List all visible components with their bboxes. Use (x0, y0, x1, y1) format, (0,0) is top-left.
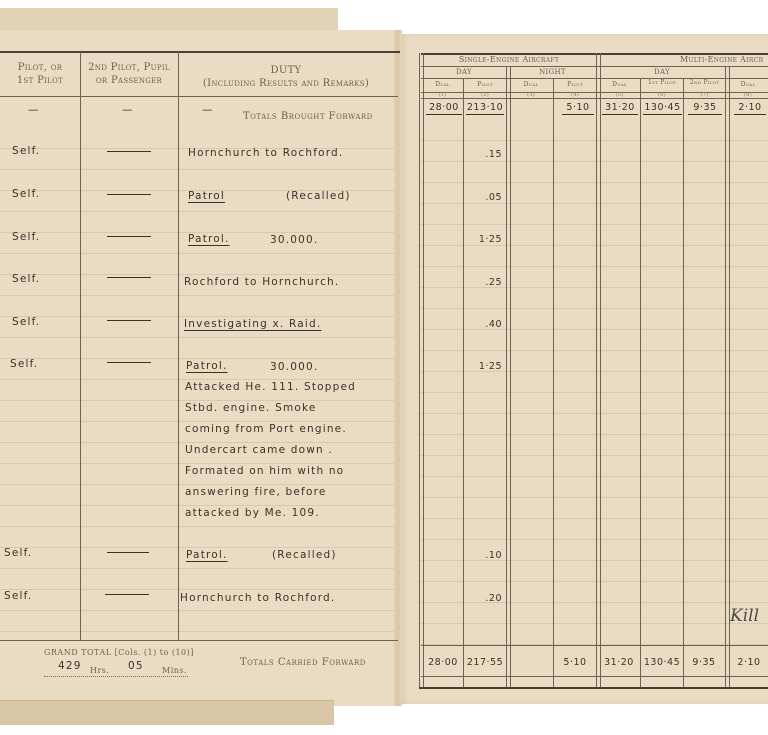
header-multi-engine: Multi-Engine Aircr (680, 55, 768, 65)
bf-me-day-1st-pilot: 130·45 (643, 102, 682, 115)
entry-duty: Hornchurch to Rochford. (188, 147, 343, 159)
footer-rule (0, 640, 398, 641)
col-number: (2) (464, 92, 506, 98)
bf-me-night-dual: 2·10 (734, 102, 766, 115)
cf-me-day-1st-pilot: 130·45 (641, 657, 683, 668)
col-divider (463, 78, 464, 687)
cf-se-day-dual: 28·00 (424, 657, 462, 668)
entry-duty-title: Patrol (188, 190, 225, 202)
header-pilot-line1: Pilot, or (0, 61, 80, 74)
col-divider (553, 78, 554, 687)
header-duty: DUTY (Including Results and Remarks) (178, 64, 394, 90)
col-label-se-night-pilot: Pilot (554, 81, 596, 88)
entry-pilot: Self. (12, 316, 40, 328)
col-divider (725, 66, 730, 687)
hours-label: Hrs. (90, 666, 109, 675)
col-number: (7) (684, 92, 725, 98)
entry-second-pilot-dash (107, 552, 149, 553)
entry-duty: Rochford to Hornchurch. (184, 276, 339, 288)
grand-total-label: GRAND TOTAL [Cols. (1) to (10)] (44, 648, 194, 657)
entry-second-pilot-dash (107, 236, 151, 237)
carried-forward-top-rule (421, 645, 768, 646)
entry-time: .05 (466, 192, 502, 203)
col-number: (6) (641, 92, 683, 98)
col-divider (683, 78, 684, 687)
totals-brought-forward-label: Totals Brought Forward (243, 111, 373, 122)
remark-line: answering fire, before (185, 486, 327, 498)
col-number: (3) (509, 92, 553, 98)
table-top-rule (0, 51, 400, 53)
cf-me-night-dual: 2·10 (730, 657, 768, 668)
entry-time: .25 (466, 277, 502, 288)
cf-se-day-pilot: 217·55 (465, 657, 505, 668)
remark-line: Formated on him with no (185, 465, 344, 477)
col-label-me-day-1st-pilot: 1st Pilot (641, 79, 683, 86)
entry-second-pilot-dash (107, 194, 151, 195)
header-pilot: Pilot, or 1st Pilot (0, 61, 80, 87)
remark-line: attacked by Me. 109. (185, 507, 320, 519)
entry-duty: Hornchurch to Rochford. (180, 592, 335, 604)
col-divider (178, 52, 179, 640)
col-divider (640, 78, 641, 687)
entry-duty-title: Patrol. (186, 549, 228, 561)
remark-line: Attacked He. 111. Stopped (185, 381, 356, 393)
entry-pilot: Self. (4, 590, 32, 602)
col-number: (5) (599, 92, 640, 98)
entry-pilot: Self. (12, 188, 40, 200)
entry-time: .20 (466, 593, 502, 604)
colnum-rule (421, 98, 768, 99)
bf-duty-dash: — (202, 104, 214, 116)
header-me-day: DAY (599, 67, 725, 77)
grand-total-value: 429 Hrs. 05 Mins. (44, 662, 188, 677)
minutes-label: Mins. (162, 666, 187, 675)
cf-me-day-2nd-pilot: 9·35 (685, 657, 723, 668)
remark-line: Stbd. engine. Smoke (185, 402, 317, 414)
bf-me-day-dual: 31·20 (602, 102, 638, 115)
page-bottom-edge (0, 700, 334, 725)
bf-se-day-pilot: 213·10 (466, 102, 504, 115)
col-label-me-day-dual: Dual (599, 81, 640, 88)
header-se-night: NIGHT (509, 67, 596, 77)
bf-me-day-2nd-pilot: 9·35 (688, 102, 722, 115)
entry-second-pilot-dash (107, 277, 151, 278)
header-pilot-line2: 1st Pilot (0, 74, 80, 87)
entry-pilot: Self. (12, 145, 40, 157)
col-number: (8) (728, 92, 768, 98)
col-label-me-day-2nd-pilot: 2nd Pilot (684, 79, 725, 86)
col-divider (80, 52, 81, 640)
cf-se-night-pilot: 5·10 (556, 657, 594, 668)
entry-pilot: Self. (10, 358, 38, 370)
entry-duty-title: Investigating x. Raid. (184, 318, 321, 330)
entry-time: .15 (466, 149, 502, 160)
remark-line: coming from Port engine. (185, 423, 347, 435)
header-duty-title: DUTY (178, 64, 394, 77)
entry-pilot: Self. (4, 547, 32, 559)
entry-second-pilot-dash (107, 151, 151, 152)
header-second-pilot-line1: 2nd Pilot, Pupil (80, 61, 178, 74)
entry-time: .40 (466, 319, 502, 330)
table-left-border (419, 53, 424, 689)
entry-duty-title: Patrol. (186, 360, 228, 372)
bf-se-day-dual: 28·00 (426, 102, 462, 115)
col-divider (506, 66, 511, 687)
entry-second-pilot-dash (107, 362, 151, 363)
bf-second-pilot-dash: — (122, 104, 134, 116)
col-divider (596, 53, 601, 687)
col-number: (4) (554, 92, 596, 98)
carried-forward-bottom-rule (421, 676, 768, 677)
entry-time: .10 (466, 550, 502, 561)
header-duty-subtitle: (Including Results and Remarks) (178, 77, 394, 90)
entry-duty-title: Patrol. (188, 233, 230, 245)
entry-pilot: Self. (12, 273, 40, 285)
entry-pilot: Self. (12, 231, 40, 243)
entry-second-pilot-dash (105, 594, 149, 595)
col-label-me-night-dual: Dual (728, 81, 768, 88)
entry-duty-altitude: 30.000. (270, 361, 318, 373)
entry-duty-remark: (Recalled) (272, 549, 337, 561)
header-se-day: DAY (422, 67, 506, 77)
col-label-se-day-dual: Dual (422, 81, 463, 88)
bf-pilot-dash: — (28, 104, 40, 116)
table-bottom-rule (419, 687, 768, 689)
header-rule (0, 96, 398, 97)
entry-time: 1·25 (466, 361, 502, 372)
entry-duty-altitude: 30.000. (270, 234, 318, 246)
totals-carried-forward-label: Totals Carried Forward (240, 657, 366, 668)
col-label-se-day-pilot: Pilot (464, 81, 506, 88)
remark-line: Undercart came down . (185, 444, 333, 456)
grand-total-hours: 429 (58, 660, 82, 672)
grand-total-minutes: 05 (128, 660, 144, 672)
entry-second-pilot-dash (107, 320, 151, 321)
header-single-engine: Single-Engine Aircraft (422, 55, 596, 65)
header-second-pilot: 2nd Pilot, Pupil or Passenger (80, 61, 178, 87)
col-label-se-night-dual: Dual (509, 81, 553, 88)
signature: Kill (730, 606, 759, 626)
book-gutter (394, 30, 402, 706)
entry-time: 1·25 (466, 234, 502, 245)
col-number: (1) (422, 92, 463, 98)
entry-duty-remark: (Recalled) (286, 190, 351, 202)
cf-me-day-dual: 31·20 (600, 657, 638, 668)
bf-se-night-pilot: 5·10 (562, 102, 594, 115)
header-second-pilot-line2: or Passenger (80, 74, 178, 87)
